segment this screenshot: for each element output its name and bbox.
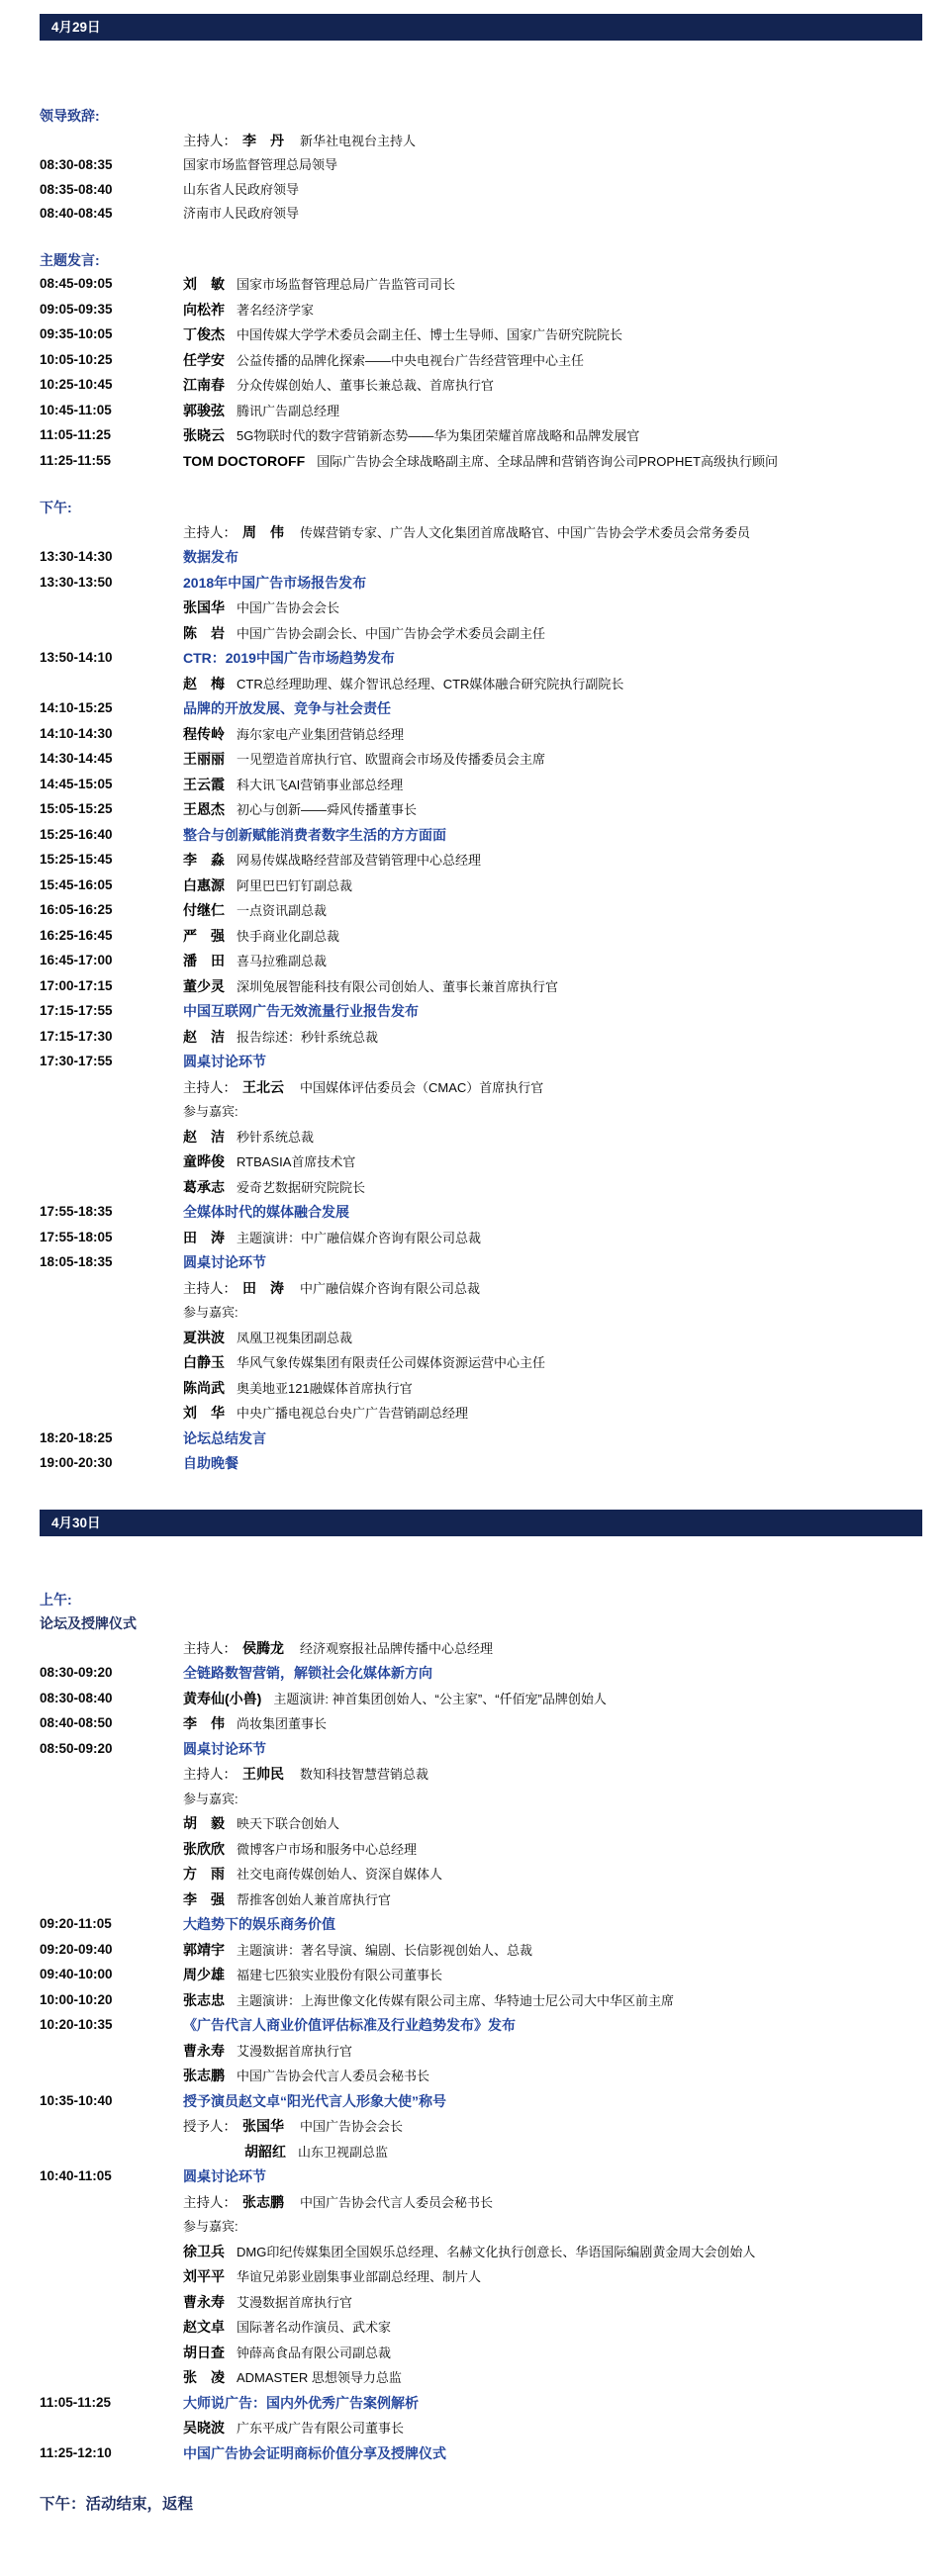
- time-range: 10:45-11:05: [40, 399, 183, 424]
- row-content: 论坛总结发言: [183, 1426, 922, 1452]
- speaker-name: 向松祚: [183, 302, 225, 318]
- row-content: 夏洪波凤凰卫视集团副总裁: [183, 1326, 922, 1351]
- speaker-role: 主题演讲：著名导演、编剧、长信影视创始人、总裁: [237, 1943, 532, 1958]
- row-content: 向松祚著名经济学家: [183, 298, 922, 323]
- closing-note: 下午：活动结束，返程: [40, 2492, 922, 2514]
- time-range: 10:35-10:40: [40, 2089, 183, 2115]
- speaker-name: 王帅民: [242, 1766, 284, 1782]
- speaker-role: 广东平成广告有限公司董事长: [237, 2421, 404, 2436]
- speaker-name: 任学安: [183, 352, 225, 368]
- plain-text: 山东省人民政府领导: [183, 182, 299, 197]
- time-range: [40, 1100, 183, 1125]
- speaker-role: 网易传媒战略经营部及营销管理中心总经理: [237, 853, 481, 868]
- row-content: 圆桌讨论环节: [183, 2164, 922, 2190]
- agenda-row: 17:00-17:15董少灵深圳兔展智能科技有限公司创始人、董事长兼首席执行官: [40, 974, 922, 1000]
- speaker-role: 主题演讲: 神首集团创始人、“公主家”、“仟佰宠”品牌创始人: [273, 1692, 607, 1706]
- agenda-row: 授予人：张国华中国广告协会会长: [40, 2114, 922, 2140]
- speaker-name: 张 凌: [183, 2369, 225, 2385]
- speaker-role: 阿里巴巴钉钉副总裁: [237, 878, 352, 893]
- time-range: 10:25-10:45: [40, 373, 183, 399]
- speaker-role: 国际著名动作演员、武术家: [237, 2320, 391, 2335]
- speaker-name: 吴晓波: [183, 2420, 225, 2436]
- row-content: 2018年中国广告市场报告发布: [183, 571, 922, 597]
- row-content: 主持人：侯腾龙经济观察报社品牌传播中心总经理: [183, 1636, 922, 1662]
- speaker-role: 一点资讯副总裁: [237, 903, 327, 918]
- session-title: 圆桌讨论环节: [183, 1054, 266, 1069]
- time-range: [40, 2114, 183, 2140]
- agenda-row: 18:20-18:25论坛总结发言: [40, 1426, 922, 1452]
- row-content: 全媒体时代的媒体融合发展: [183, 1200, 922, 1226]
- row-content: 曹永寿艾漫数据首席执行官: [183, 2039, 922, 2065]
- time-range: 08:35-08:40: [40, 178, 183, 203]
- speaker-role: 初心与创新——舜风传播董事长: [237, 802, 417, 817]
- time-range: [40, 596, 183, 621]
- section-heading: 下午:: [40, 496, 72, 520]
- row-content: 数据发布: [183, 545, 922, 571]
- agenda-row: 赵 洁秒针系统总裁: [40, 1125, 922, 1150]
- speaker-name: 李 淼: [183, 852, 225, 868]
- host-prefix: 主持人：: [183, 1281, 237, 1296]
- speaker-role: ADMASTER 思想领导力总监: [237, 2370, 402, 2385]
- host-prefix: 主持人：: [183, 2195, 237, 2210]
- time-range: 17:55-18:05: [40, 1226, 183, 1251]
- agenda-row: 10:40-11:05圆桌讨论环节: [40, 2164, 922, 2190]
- speaker-name: 赵 洁: [183, 1129, 225, 1145]
- session-title: CTR：2019中国广告市场趋势发布: [183, 650, 395, 666]
- speaker-name: TOM DOCTOROFF: [183, 453, 305, 469]
- section-heading: 领导致辞:: [40, 104, 100, 129]
- speaker-name: 丁俊杰: [183, 326, 225, 342]
- speaker-role: 海尔家电产业集团营销总经理: [237, 727, 404, 742]
- speaker-role: CTR总经理助理、媒介智讯总经理、CTR媒体融合研究院执行副院长: [237, 677, 623, 691]
- speaker-role: 经济观察报社品牌传播中心总经理: [300, 1641, 493, 1656]
- speaker-role: 尚妆集团董事长: [237, 1716, 327, 1731]
- time-range: [40, 2365, 183, 2391]
- row-content: 田 涛主题演讲：中广融信媒介咨询有限公司总裁: [183, 1226, 922, 1251]
- row-content: 程传岭海尔家电产业集团营销总经理: [183, 722, 922, 748]
- time-range: 17:15-17:30: [40, 1025, 183, 1051]
- time-range: 13:30-13:50: [40, 571, 183, 597]
- speaker-role: 一见塑造首席执行官、欧盟商会市场及传播委员会主席: [237, 752, 545, 767]
- speaker-role: 国家市场监督管理总局广告监管司司长: [237, 277, 455, 292]
- speaker-name: 张志忠: [183, 1992, 225, 2008]
- agenda-row: 参与嘉宾:: [40, 1788, 922, 1812]
- agenda-row: 赵 梅CTR总经理助理、媒介智讯总经理、CTR媒体融合研究院执行副院长: [40, 672, 922, 697]
- speaker-role: 艾漫数据首席执行官: [237, 2295, 352, 2310]
- row-content: 陈 岩中国广告协会副会长、中国广告协会学术委员会副主任: [183, 621, 922, 647]
- row-content: TOM DOCTOROFF国际广告协会全球战略副主席、全球品牌和营销咨询公司PR…: [183, 449, 922, 475]
- day-header: 4月29日: [40, 14, 922, 41]
- agenda: 4月29日领导致辞:主持人：李 丹新华社电视台主持人08:30-08:35国家市…: [40, 14, 922, 2466]
- agenda-row: 09:20-09:40郭靖宇主题演讲：著名导演、编剧、长信影视创始人、总裁: [40, 1938, 922, 1964]
- time-range: 09:35-10:05: [40, 322, 183, 348]
- time-range: 11:05-11:25: [40, 2391, 183, 2417]
- time-range: [40, 2064, 183, 2089]
- speaker-name: 胡韶红: [244, 2144, 286, 2160]
- row-content: 徐卫兵DMG印纪传媒集团全国娱乐总经理、名赫文化执行创意长、华语国际编剧黄金周大…: [183, 2240, 922, 2265]
- time-range: [40, 2290, 183, 2316]
- speaker-role: 华风气象传媒集团有限责任公司媒体资源运营中心主任: [237, 1355, 545, 1370]
- row-content: 主持人：李 丹新华社电视台主持人: [183, 129, 922, 154]
- agenda-row: 白静玉华风气象传媒集团有限责任公司媒体资源运营中心主任: [40, 1350, 922, 1376]
- row-content: 品牌的开放发展、竞争与社会责任: [183, 696, 922, 722]
- time-range: 15:25-16:40: [40, 823, 183, 849]
- speaker-name: 黄寿仙(小兽): [183, 1691, 261, 1706]
- agenda-row: 胡日查钟薛高食品有限公司副总裁: [40, 2341, 922, 2366]
- row-content: 李 强帮推客创始人兼首席执行官: [183, 1887, 922, 1913]
- session-title: 数据发布: [183, 549, 238, 565]
- speaker-role: 华谊兄弟影业剧集事业部副总经理、制片人: [237, 2269, 481, 2284]
- speaker-name: 白静玉: [183, 1354, 225, 1370]
- time-range: 08:40-08:50: [40, 1711, 183, 1737]
- time-range: 10:05-10:25: [40, 348, 183, 374]
- session-title: 自助晚餐: [183, 1455, 238, 1471]
- row-content: 丁俊杰中国传媒大学学术委员会副主任、博士生导师、国家广告研究院院长: [183, 322, 922, 348]
- agenda-row: 张欣欣微博客户市场和服务中心总经理: [40, 1837, 922, 1863]
- row-content: 严 强快手商业化副总裁: [183, 924, 922, 950]
- speaker-name: 董少灵: [183, 978, 225, 994]
- speaker-role: 快手商业化副总裁: [237, 929, 339, 944]
- agenda-row: 15:25-16:40整合与创新赋能消费者数字生活的方方面面: [40, 823, 922, 849]
- row-content: 国家市场监督管理总局领导: [183, 153, 922, 178]
- time-range: [40, 1636, 183, 1662]
- session-title: 大趋势下的娱乐商务价值: [183, 1916, 335, 1932]
- speaker-role: 喜马拉雅副总裁: [237, 954, 327, 968]
- speaker-role: 科大讯飞AI营销事业部总经理: [237, 778, 403, 792]
- time-range: [40, 1376, 183, 1402]
- time-range: [40, 1762, 183, 1788]
- time-range: 17:15-17:55: [40, 999, 183, 1025]
- time-range: [40, 1276, 183, 1302]
- speaker-name: 田 涛: [183, 1230, 225, 1245]
- speaker-name: 胡日查: [183, 2345, 225, 2360]
- time-range: [40, 1788, 183, 1812]
- speaker-name: 刘 华: [183, 1405, 225, 1421]
- speaker-role: 主题演讲：上海世像文化传媒有限公司主席、华特迪士尼公司大中华区前主席: [237, 1993, 674, 2008]
- time-range: 15:05-15:25: [40, 797, 183, 823]
- agenda-row: 张国华中国广告协会会长: [40, 596, 922, 621]
- agenda-row: 11:05-11:25大师说广告：国内外优秀广告案例解析: [40, 2391, 922, 2417]
- time-range: 09:20-11:05: [40, 1912, 183, 1938]
- plain-text: 参与嘉宾:: [183, 1792, 238, 1806]
- row-content: 胡 毅映天下联合创始人: [183, 1811, 922, 1837]
- row-content: 参与嘉宾:: [183, 2215, 922, 2240]
- row-content: 付继仁一点资讯副总裁: [183, 898, 922, 924]
- agenda-row: 11:25-12:10中国广告协会证明商标价值分享及授牌仪式: [40, 2441, 922, 2467]
- time-range: 08:40-08:45: [40, 202, 183, 227]
- row-content: 郭靖宇主题演讲：著名导演、编剧、长信影视创始人、总裁: [183, 1938, 922, 1964]
- agenda-row: 13:30-13:502018年中国广告市场报告发布: [40, 571, 922, 597]
- speaker-name: 夏洪波: [183, 1330, 225, 1345]
- time-range: [40, 2264, 183, 2290]
- plain-text: 参与嘉宾:: [183, 1104, 238, 1119]
- speaker-name: 张晓云: [183, 427, 225, 443]
- agenda-row: 09:35-10:05丁俊杰中国传媒大学学术委员会副主任、博士生导师、国家广告研…: [40, 322, 922, 348]
- row-content: 童晔俊RTBASIA首席技术官: [183, 1150, 922, 1175]
- row-content: 黄寿仙(小兽)主题演讲: 神首集团创始人、“公主家”、“仟佰宠”品牌创始人: [183, 1687, 922, 1712]
- host-prefix: 主持人：: [183, 1767, 237, 1782]
- speaker-name: 刘 敏: [183, 276, 225, 292]
- agenda-row: 10:35-10:40授予演员赵文卓“阳光代言人形象大使”称号: [40, 2089, 922, 2115]
- agenda-row: 17:15-17:30赵 洁报告综述：秒针系统总裁: [40, 1025, 922, 1051]
- time-range: [40, 672, 183, 697]
- agenda-row: 曹永寿艾漫数据首席执行官: [40, 2039, 922, 2065]
- row-content: 周少雄福建七匹狼实业股份有限公司董事长: [183, 1963, 922, 1988]
- speaker-role: 分众传媒创始人、董事长兼总裁、首席执行官: [237, 378, 494, 393]
- row-content: 任学安公益传播的品牌化探索——中央电视台广告经营管理中心主任: [183, 348, 922, 374]
- agenda-row: 08:50-09:20圆桌讨论环节: [40, 1737, 922, 1763]
- time-range: 09:40-10:00: [40, 1963, 183, 1988]
- session-title: 论坛总结发言: [183, 1430, 266, 1446]
- agenda-row: 徐卫兵DMG印纪传媒集团全国娱乐总经理、名赫文化执行创意长、华语国际编剧黄金周大…: [40, 2240, 922, 2265]
- time-range: 08:30-09:20: [40, 1661, 183, 1687]
- time-range: 10:40-11:05: [40, 2164, 183, 2190]
- agenda-row: 08:30-08:40黄寿仙(小兽)主题演讲: 神首集团创始人、“公主家”、“仟…: [40, 1687, 922, 1712]
- speaker-role: 钟薛高食品有限公司副总裁: [237, 2346, 391, 2360]
- row-content: 张志鹏中国广告协会代言人委员会秘书长: [183, 2064, 922, 2089]
- time-range: 16:05-16:25: [40, 898, 183, 924]
- time-range: [40, 1350, 183, 1376]
- session-title: 大师说广告：国内外优秀广告案例解析: [183, 2395, 419, 2411]
- speaker-name: 陈尚武: [183, 1380, 225, 1396]
- speaker-role: 社交电商传媒创始人、资深自媒体人: [237, 1867, 442, 1882]
- row-content: 赵 梅CTR总经理助理、媒介智讯总经理、CTR媒体融合研究院执行副院长: [183, 672, 922, 697]
- agenda-row: 17:55-18:05田 涛主题演讲：中广融信媒介咨询有限公司总裁: [40, 1226, 922, 1251]
- section-heading: 上午:: [40, 1588, 72, 1612]
- row-content: 潘 田喜马拉雅副总裁: [183, 949, 922, 974]
- agenda-row: 08:30-09:20全链路数智营销，解锁社会化媒体新方向: [40, 1661, 922, 1687]
- session-title: 全媒体时代的媒体融合发展: [183, 1204, 349, 1220]
- speaker-role: 腾讯广告副总经理: [237, 404, 339, 418]
- speaker-role: 中国传媒大学学术委员会副主任、博士生导师、国家广告研究院院长: [237, 327, 622, 342]
- speaker-role: 5G物联时代的数字营销新态势——华为集团荣耀首席战略和品牌发展官: [237, 428, 639, 443]
- agenda-row: 赵文卓国际著名动作演员、武术家: [40, 2315, 922, 2341]
- agenda-row: 16:05-16:25付继仁一点资讯副总裁: [40, 898, 922, 924]
- row-content: 自助晚餐: [183, 1451, 922, 1477]
- speaker-name: 郭骏弦: [183, 403, 225, 418]
- plain-text: 国家市场监督管理总局领导: [183, 157, 337, 172]
- row-content: 曹永寿艾漫数据首席执行官: [183, 2290, 922, 2316]
- row-content: 中国广告协会证明商标价值分享及授牌仪式: [183, 2441, 922, 2467]
- agenda-row: 08:35-08:40山东省人民政府领导: [40, 178, 922, 203]
- agenda-row: 主持人：侯腾龙经济观察报社品牌传播中心总经理: [40, 1636, 922, 1662]
- speaker-name: 方 雨: [183, 1866, 225, 1882]
- time-range: 09:05-09:35: [40, 298, 183, 323]
- speaker-name: 王云霞: [183, 777, 225, 792]
- row-content: 李 伟尚妆集团董事长: [183, 1711, 922, 1737]
- day-header: 4月30日: [40, 1510, 922, 1536]
- speaker-name: 张国华: [242, 2118, 284, 2134]
- plain-text: 参与嘉宾:: [183, 2219, 238, 2234]
- speaker-role: 中广融信媒介咨询有限公司总裁: [300, 1281, 480, 1296]
- speaker-name: 王恩杰: [183, 801, 225, 817]
- speaker-name: 付继仁: [183, 902, 225, 918]
- time-range: [40, 1301, 183, 1326]
- speaker-name: 江南春: [183, 377, 225, 393]
- speaker-name: 曹永寿: [183, 2043, 225, 2059]
- agenda-row: 主持人：王帅民数知科技智慧营销总裁: [40, 1762, 922, 1788]
- row-content: 刘 敏国家市场监督管理总局广告监管司司长: [183, 272, 922, 298]
- row-content: 刘平平华谊兄弟影业剧集事业部副总经理、制片人: [183, 2264, 922, 2290]
- time-range: 10:20-10:35: [40, 2013, 183, 2039]
- agenda-row: 11:05-11:25张晓云5G物联时代的数字营销新态势——华为集团荣耀首席战略…: [40, 423, 922, 449]
- agenda-row: 上午:: [40, 1588, 922, 1612]
- agenda-row: 14:45-15:05王云霞科大讯飞AI营销事业部总经理: [40, 773, 922, 798]
- speaker-name: 严 强: [183, 928, 225, 944]
- time-range: 14:30-14:45: [40, 747, 183, 773]
- agenda-row: 16:45-17:00潘 田喜马拉雅副总裁: [40, 949, 922, 974]
- row-content: 张 凌ADMASTER 思想领导力总监: [183, 2365, 922, 2391]
- time-range: [40, 1326, 183, 1351]
- row-content: 董少灵深圳兔展智能科技有限公司创始人、董事长兼首席执行官: [183, 974, 922, 1000]
- row-content: 赵 洁秒针系统总裁: [183, 1125, 922, 1150]
- agenda-row: 主题发言:: [40, 248, 922, 273]
- time-range: 11:25-11:55: [40, 449, 183, 475]
- row-content: 授予演员赵文卓“阳光代言人形象大使”称号: [183, 2089, 922, 2115]
- agenda-row: 胡韶红山东卫视副总监: [40, 2140, 922, 2165]
- speaker-name: 李 丹: [242, 133, 284, 148]
- row-content: 葛承志爱奇艺数据研究院院长: [183, 1175, 922, 1201]
- row-content: 参与嘉宾:: [183, 1788, 922, 1812]
- host-prefix: 主持人：: [183, 1641, 237, 1656]
- row-content: 整合与创新赋能消费者数字生活的方方面面: [183, 823, 922, 849]
- time-range: [40, 1837, 183, 1863]
- time-range: [40, 1401, 183, 1426]
- speaker-role: 奥美地亚121融媒体首席执行官: [237, 1381, 413, 1396]
- row-content: 刘 华中央广播电视总台央广广告营销副总经理: [183, 1401, 922, 1426]
- host-prefix: 主持人：: [183, 134, 237, 148]
- row-content: 江南春分众传媒创始人、董事长兼总裁、首席执行官: [183, 373, 922, 399]
- speaker-name: 赵 洁: [183, 1029, 225, 1045]
- row-content: 参与嘉宾:: [183, 1301, 922, 1326]
- speaker-role: 爱奇艺数据研究院院长: [237, 1180, 365, 1195]
- agenda-row: 17:55-18:35全媒体时代的媒体融合发展: [40, 1200, 922, 1226]
- time-range: 16:45-17:00: [40, 949, 183, 974]
- speaker-role: 中国广告协会副会长、中国广告协会学术委员会副主任: [237, 626, 545, 641]
- speaker-name: 张国华: [183, 599, 225, 615]
- row-content: 主持人：周 伟传媒营销专家、广告人文化集团首席战略官、中国广告协会学术委员会常务…: [183, 520, 922, 546]
- time-range: [40, 520, 183, 546]
- time-range: 09:20-09:40: [40, 1938, 183, 1964]
- agenda-row: 15:25-15:45李 淼网易传媒战略经营部及营销管理中心总经理: [40, 848, 922, 874]
- agenda-row: 刘 华中央广播电视总台央广广告营销副总经理: [40, 1401, 922, 1426]
- time-range: [40, 1862, 183, 1887]
- agenda-row: 陈尚武奥美地亚121融媒体首席执行官: [40, 1376, 922, 1402]
- speaker-role: 新华社电视台主持人: [300, 134, 416, 148]
- speaker-name: 郭靖宇: [183, 1942, 225, 1958]
- row-content: 全链路数智营销，解锁社会化媒体新方向: [183, 1661, 922, 1687]
- speaker-role: DMG印纪传媒集团全国娱乐总经理、名赫文化执行创意长、华语国际编剧黄金周大会创始…: [237, 2245, 755, 2259]
- agenda-row: 方 雨社交电商传媒创始人、资深自媒体人: [40, 1862, 922, 1887]
- speaker-name: 田 涛: [242, 1280, 284, 1296]
- agenda-row: 18:05-18:35圆桌讨论环节: [40, 1250, 922, 1276]
- row-content: 郭骏弦腾讯广告副总经理: [183, 399, 922, 424]
- speaker-role: 福建七匹狼实业股份有限公司董事长: [237, 1968, 442, 1982]
- row-content: 白静玉华风气象传媒集团有限责任公司媒体资源运营中心主任: [183, 1350, 922, 1376]
- agenda-row: 10:45-11:05郭骏弦腾讯广告副总经理: [40, 399, 922, 424]
- row-content: 参与嘉宾:: [183, 1100, 922, 1125]
- time-range: 10:00-10:20: [40, 1988, 183, 2014]
- agenda-row: 15:45-16:05白惠源阿里巴巴钉钉副总裁: [40, 874, 922, 899]
- agenda-row: 09:40-10:00周少雄福建七匹狼实业股份有限公司董事长: [40, 1963, 922, 1988]
- agenda-row: 08:45-09:05刘 敏国家市场监督管理总局广告监管司司长: [40, 272, 922, 298]
- speaker-name: 胡 毅: [183, 1815, 225, 1831]
- row-content: 济南市人民政府领导: [183, 202, 922, 227]
- speaker-role: 数知科技智慧营销总裁: [300, 1767, 428, 1782]
- speaker-name: 赵文卓: [183, 2319, 225, 2335]
- day-rows: 领导致辞:主持人：李 丹新华社电视台主持人08:30-08:35国家市场监督管理…: [40, 41, 922, 1477]
- session-title: 整合与创新赋能消费者数字生活的方方面面: [183, 827, 446, 843]
- speaker-name: 王北云: [242, 1079, 284, 1095]
- speaker-role: 秒针系统总裁: [237, 1130, 314, 1145]
- speaker-role: 传媒营销专家、广告人文化集团首席战略官、中国广告协会学术委员会常务委员: [300, 525, 750, 540]
- speaker-name: 曹永寿: [183, 2294, 225, 2310]
- row-content: 《广告代言人商业价值评估标准及行业趋势发布》发布: [183, 2013, 922, 2039]
- session-title: 授予演员赵文卓“阳光代言人形象大使”称号: [183, 2093, 446, 2109]
- speaker-name: 徐卫兵: [183, 2244, 225, 2259]
- agenda-row: 曹永寿艾漫数据首席执行官: [40, 2290, 922, 2316]
- agenda-row: 李 强帮推客创始人兼首席执行官: [40, 1887, 922, 1913]
- row-content: 张国华中国广告协会会长: [183, 596, 922, 621]
- time-range: 18:20-18:25: [40, 1426, 183, 1452]
- row-content: 大师说广告：国内外优秀广告案例解析: [183, 2391, 922, 2417]
- day-section: 4月29日领导致辞:主持人：李 丹新华社电视台主持人08:30-08:35国家市…: [40, 14, 922, 1477]
- speaker-name: 周少雄: [183, 1967, 225, 1982]
- agenda-page: 4月29日领导致辞:主持人：李 丹新华社电视台主持人08:30-08:35国家市…: [0, 0, 950, 2514]
- agenda-row: 主持人：王北云中国媒体评估委员会（CMAC）首席执行官: [40, 1075, 922, 1101]
- speaker-role: 中央广播电视总台央广广告营销副总经理: [237, 1406, 468, 1421]
- time-range: 14:10-14:30: [40, 722, 183, 748]
- speaker-role: 微博客户市场和服务中心总经理: [237, 1842, 417, 1857]
- agenda-row: 参与嘉宾:: [40, 2215, 922, 2240]
- row-content: 授予人：张国华中国广告协会会长: [183, 2114, 922, 2140]
- speaker-name: 童晔俊: [183, 1153, 225, 1169]
- host-prefix: 主持人：: [183, 525, 237, 540]
- agenda-row: 08:30-08:35国家市场监督管理总局领导: [40, 153, 922, 178]
- session-title: 中国互联网广告无效流量行业报告发布: [183, 1003, 419, 1019]
- speaker-role: 深圳兔展智能科技有限公司创始人、董事长兼首席执行官: [237, 979, 558, 994]
- time-range: 13:50-14:10: [40, 646, 183, 672]
- time-range: [40, 2039, 183, 2065]
- agenda-row: 主持人：周 伟传媒营销专家、广告人文化集团首席战略官、中国广告协会学术委员会常务…: [40, 520, 922, 546]
- time-range: [40, 1150, 183, 1175]
- speaker-name: 陈 岩: [183, 625, 225, 641]
- session-title: 品牌的开放发展、竞争与社会责任: [183, 700, 391, 716]
- agenda-row: 13:50-14:10CTR：2019中国广告市场趋势发布: [40, 646, 922, 672]
- time-range: [40, 1811, 183, 1837]
- session-title: 圆桌讨论环节: [183, 1254, 266, 1270]
- time-range: [40, 2315, 183, 2341]
- row-content: 主持人：田 涛中广融信媒介咨询有限公司总裁: [183, 1276, 922, 1302]
- speaker-name: 赵 梅: [183, 676, 225, 691]
- agenda-row: 童晔俊RTBASIA首席技术官: [40, 1150, 922, 1175]
- host-prefix: 授予人：: [183, 2119, 237, 2134]
- time-range: [40, 2240, 183, 2265]
- row-content: 胡韶红山东卫视副总监: [183, 2140, 922, 2165]
- host-prefix: 主持人：: [183, 1080, 237, 1095]
- time-range: 14:45-15:05: [40, 773, 183, 798]
- speaker-name: 李 强: [183, 1891, 225, 1907]
- agenda-row: 13:30-14:30数据发布: [40, 545, 922, 571]
- speaker-role: 山东卫视副总监: [298, 2145, 388, 2160]
- time-range: 11:05-11:25: [40, 423, 183, 449]
- agenda-row: 10:05-10:25任学安公益传播的品牌化探索——中央电视台广告经营管理中心主…: [40, 348, 922, 374]
- time-range: [40, 2215, 183, 2240]
- time-range: [40, 129, 183, 154]
- row-content: 吴晓波广东平成广告有限公司董事长: [183, 2416, 922, 2441]
- row-content: 白惠源阿里巴巴钉钉副总裁: [183, 874, 922, 899]
- row-content: 大趋势下的娱乐商务价值: [183, 1912, 922, 1938]
